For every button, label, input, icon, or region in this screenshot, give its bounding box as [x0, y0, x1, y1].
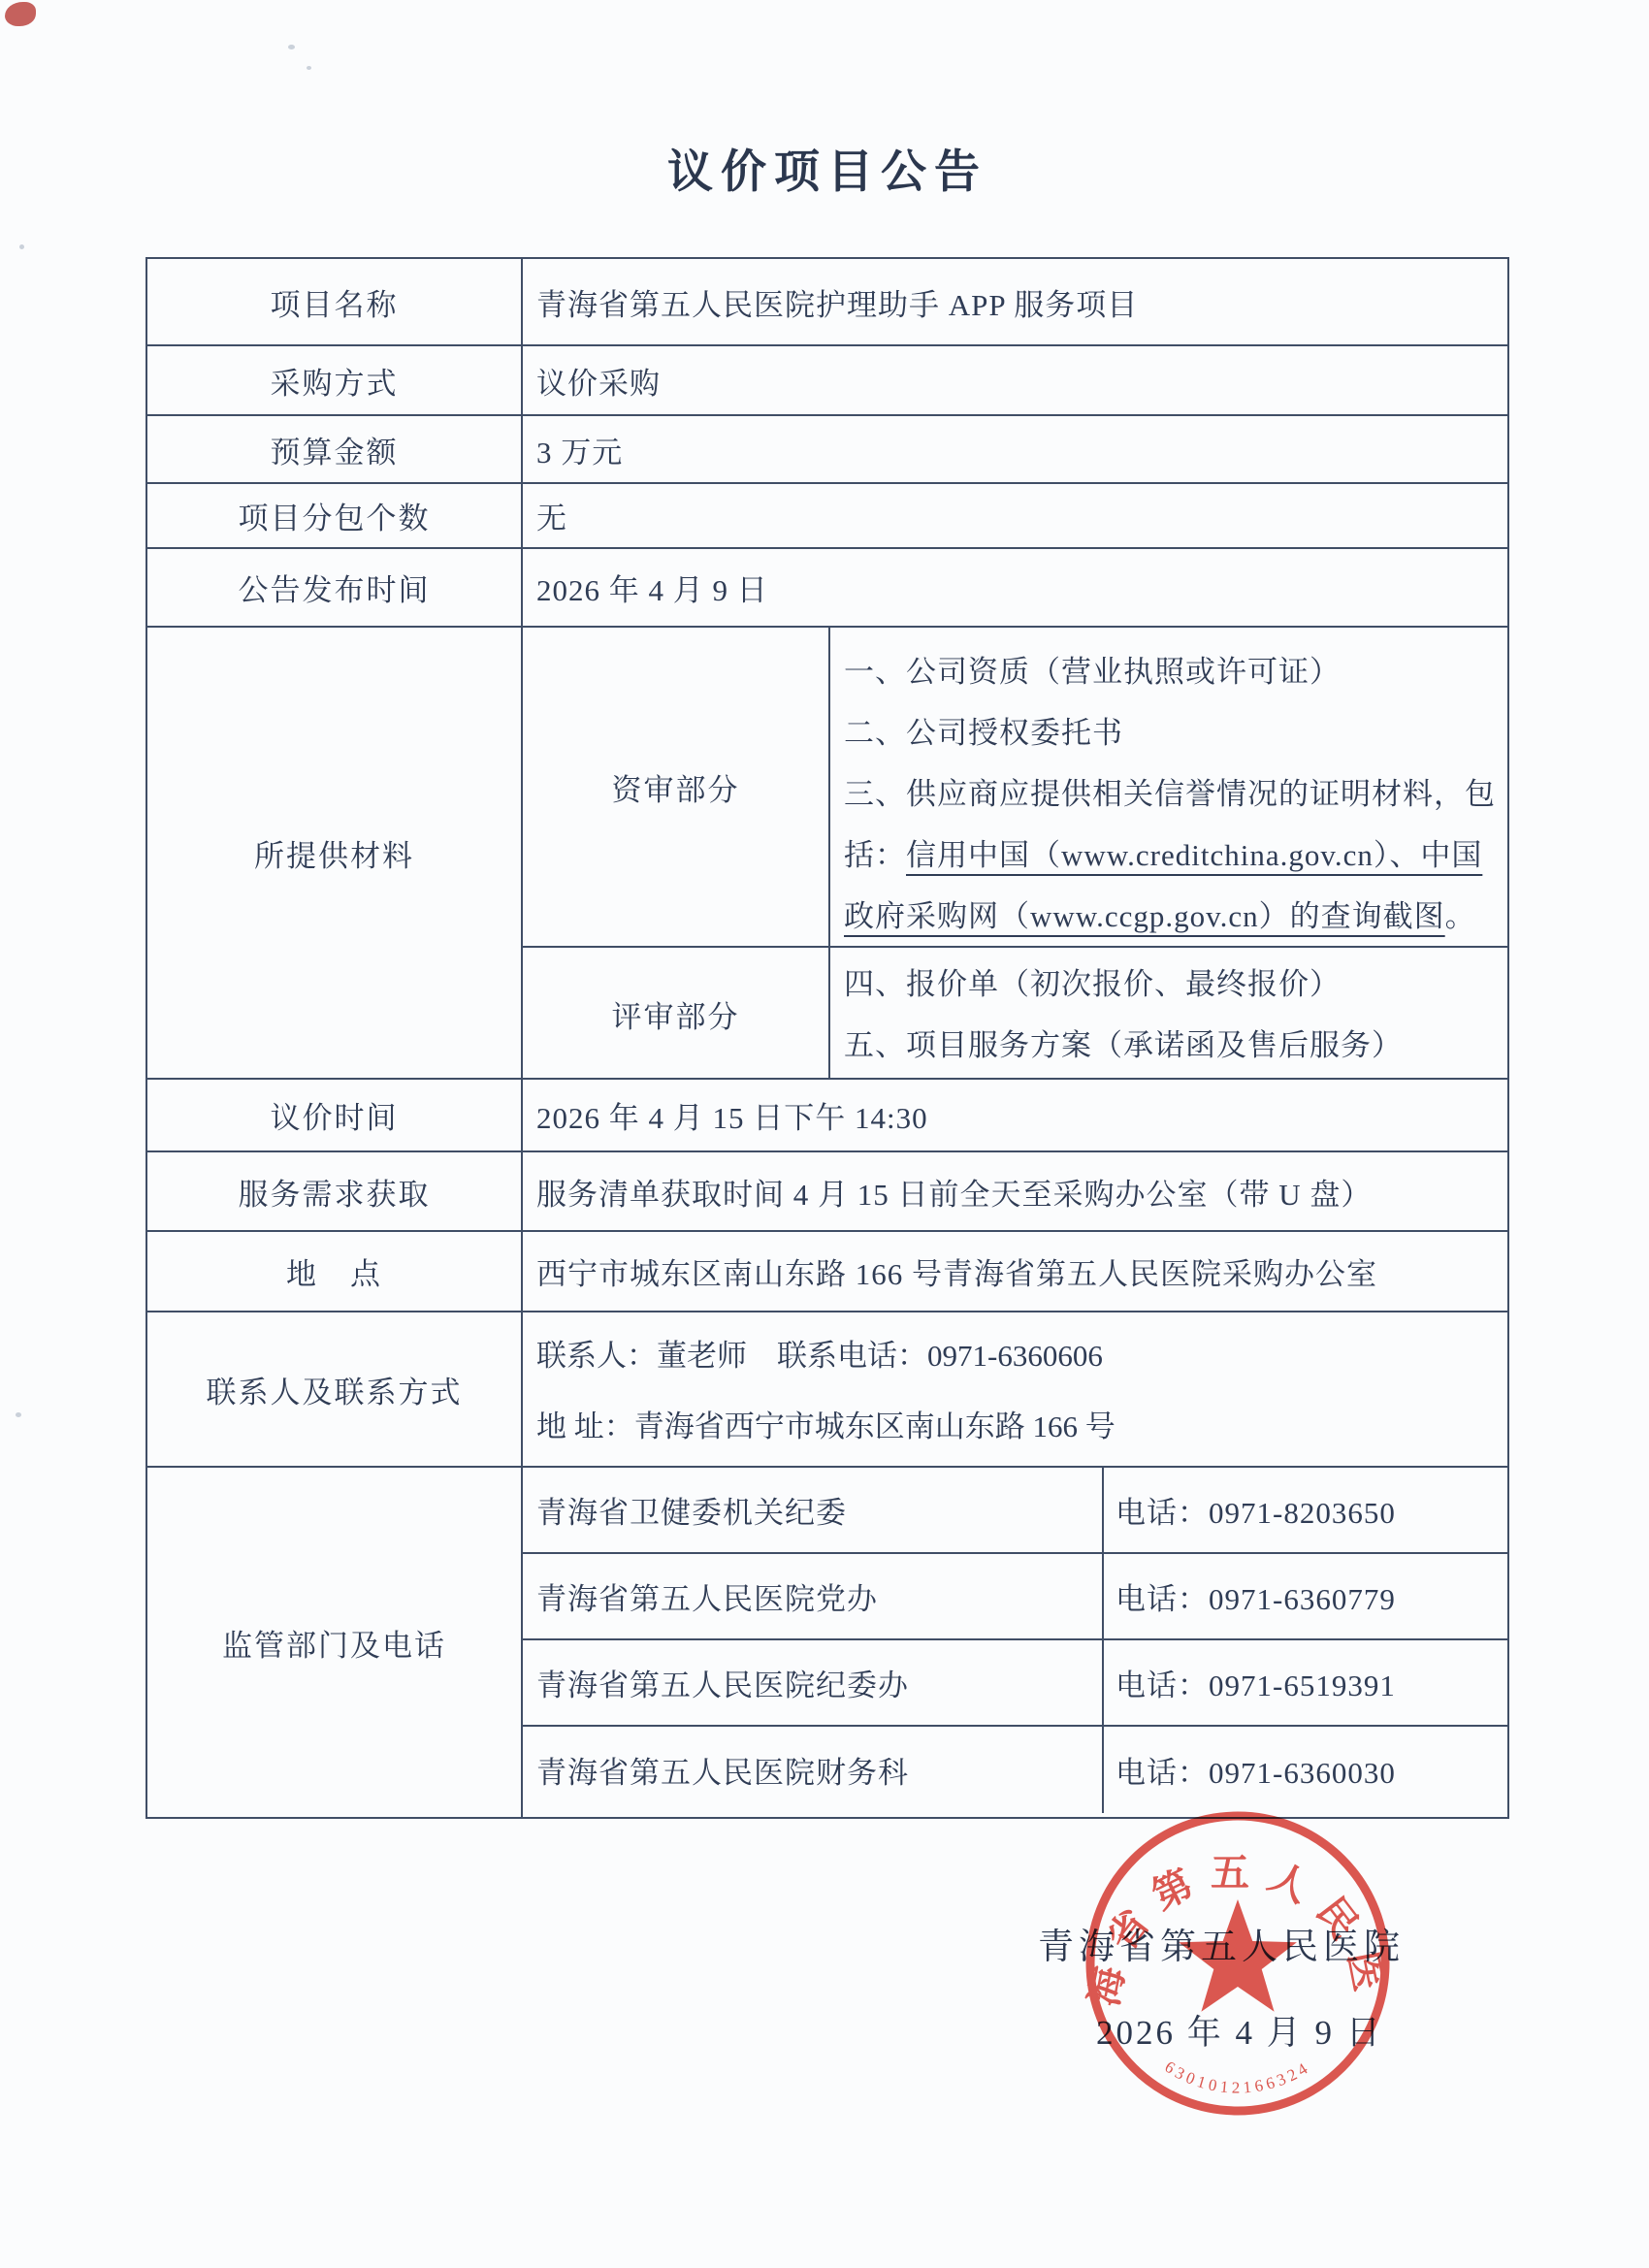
- page-title: 议价项目公告: [145, 136, 1509, 201]
- contact-person-line: 联系人：董老师 联系电话：0971-6360606: [536, 1320, 1498, 1391]
- qualification-item-3: 三、供应商应提供相关信誉情况的证明材料，包: [844, 763, 1498, 825]
- review-label: 评审部分: [523, 948, 830, 1080]
- table-row-supervision: 监管部门及电话 青海省卫健委机关纪委 电话：0971-8203650 青海省第五…: [147, 1468, 1507, 1817]
- supervision-row: 青海省卫健委机关纪委 电话：0971-8203650: [523, 1468, 1507, 1554]
- negotiation-time-value: 2026 年 4 月 15 日下午 14:30: [523, 1080, 1507, 1150]
- scan-speck: [19, 244, 24, 249]
- supervision-row: 青海省第五人民医院党办 电话：0971-6360779: [523, 1554, 1507, 1640]
- table-row: 项目名称 青海省第五人民医院护理助手 APP 服务项目: [147, 259, 1507, 346]
- supervision-org: 青海省第五人民医院纪委办: [523, 1640, 1104, 1725]
- scan-speck: [307, 66, 311, 70]
- review-item-5: 五、项目服务方案（承诺函及售后服务）: [844, 1015, 1498, 1076]
- review-item-4: 四、报价单（初次报价、最终报价）: [844, 954, 1498, 1015]
- service-requirements-value: 服务清单获取时间 4 月 15 日前全天至采购办公室（带 U 盘）: [523, 1152, 1507, 1230]
- seal-star-icon: [1179, 1899, 1297, 2012]
- location-value: 西宁市城东区南山东路 166 号青海省第五人民医院采购办公室: [523, 1232, 1507, 1311]
- row-label-service-requirements: 服务需求获取: [147, 1152, 523, 1230]
- contact-address-line: 地 址：青海省西宁市城东区南山东路 166 号: [536, 1391, 1498, 1462]
- official-seal-stamp: 青海省第五人民医院 6301012166324: [1075, 1800, 1401, 2126]
- supervision-row: 青海省第五人民医院纪委办 电话：0971-6519391: [523, 1640, 1507, 1727]
- supervision-org: 青海省卫健委机关纪委: [523, 1468, 1104, 1552]
- budget-value: 3 万元: [523, 416, 1507, 482]
- table-row: 议价时间 2026 年 4 月 15 日下午 14:30: [147, 1080, 1507, 1152]
- supervision-org: 青海省第五人民医院财务科: [523, 1727, 1104, 1813]
- row-label-project-name: 项目名称: [147, 259, 523, 344]
- seal-graphic: 青海省第五人民医院 6301012166324: [1075, 1800, 1401, 2126]
- table-row: 服务需求获取 服务清单获取时间 4 月 15 日前全天至采购办公室（带 U 盘）: [147, 1152, 1507, 1232]
- review-list: 四、报价单（初次报价、最终报价） 五、项目服务方案（承诺函及售后服务）: [830, 948, 1507, 1080]
- announce-date-value: 2026 年 4 月 9 日: [523, 549, 1507, 626]
- supervision-phone: 电话：0971-6360779: [1104, 1554, 1507, 1638]
- materials-subcolumn: 资审部分 一、公司资质（营业执照或许可证） 二、公司授权委托书 三、供应商应提供…: [523, 628, 1507, 1078]
- qualification-item-1: 一、公司资质（营业执照或许可证）: [844, 641, 1498, 702]
- qualification-list: 一、公司资质（营业执照或许可证） 二、公司授权委托书 三、供应商应提供相关信誉情…: [830, 628, 1507, 946]
- row-label-budget: 预算金额: [147, 416, 523, 482]
- procurement-method-value: 议价采购: [523, 346, 1507, 414]
- row-label-negotiation-time: 议价时间: [147, 1080, 523, 1150]
- qualification-label: 资审部分: [523, 628, 830, 946]
- line4-prefix: 括：: [844, 838, 906, 872]
- row-label-procurement-method: 采购方式: [147, 346, 523, 414]
- scan-speck: [16, 1412, 21, 1417]
- announcement-table: 项目名称 青海省第五人民医院护理助手 APP 服务项目 采购方式 议价采购 预算…: [145, 257, 1509, 1819]
- review-subrow: 评审部分 四、报价单（初次报价、最终报价） 五、项目服务方案（承诺函及售后服务）: [523, 948, 1507, 1080]
- table-row: 项目分包个数 无: [147, 484, 1507, 549]
- qualification-item-3-cont2: 政府采购网（www.ccgp.gov.cn）的查询截图。: [844, 886, 1498, 947]
- scan-ink-mark: [5, 2, 36, 26]
- supervision-phone: 电话：0971-8203650: [1104, 1468, 1507, 1552]
- creditchina-link-text: 信用中国（www.creditchina.gov.cn）、中国: [906, 838, 1482, 872]
- scan-speck: [288, 45, 295, 49]
- supervision-phone: 电话：0971-6519391: [1104, 1640, 1507, 1725]
- seal-code-text: 6301012166324: [1161, 2057, 1313, 2097]
- table-row: 公告发布时间 2026 年 4 月 9 日: [147, 549, 1507, 628]
- qualification-subrow: 资审部分 一、公司资质（营业执照或许可证） 二、公司授权委托书 三、供应商应提供…: [523, 628, 1507, 948]
- table-row: 采购方式 议价采购: [147, 346, 1507, 416]
- scanned-document-page: 议价项目公告 项目名称 青海省第五人民医院护理助手 APP 服务项目 采购方式 …: [0, 0, 1649, 2268]
- row-label-supervision: 监管部门及电话: [147, 1468, 523, 1817]
- contact-info: 联系人：董老师 联系电话：0971-6360606 地 址：青海省西宁市城东区南…: [523, 1312, 1507, 1466]
- table-row: 地 点 西宁市城东区南山东路 166 号青海省第五人民医院采购办公室: [147, 1232, 1507, 1312]
- table-row-contact: 联系人及联系方式 联系人：董老师 联系电话：0971-6360606 地 址：青…: [147, 1312, 1507, 1468]
- supervision-subcolumn: 青海省卫健委机关纪委 电话：0971-8203650 青海省第五人民医院党办 电…: [523, 1468, 1507, 1817]
- line5-suffix: 。: [1445, 899, 1476, 933]
- qualification-item-2: 二、公司授权委托书: [844, 702, 1498, 763]
- lots-value: 无: [523, 484, 1507, 547]
- row-label-announce-date: 公告发布时间: [147, 549, 523, 626]
- row-label-lots: 项目分包个数: [147, 484, 523, 547]
- ccgp-link-text: 政府采购网（www.ccgp.gov.cn）的查询截图: [844, 899, 1445, 933]
- row-label-materials: 所提供材料: [147, 628, 523, 1078]
- row-label-contact: 联系人及联系方式: [147, 1312, 523, 1466]
- row-label-location: 地 点: [147, 1232, 523, 1311]
- supervision-org: 青海省第五人民医院党办: [523, 1554, 1104, 1638]
- project-name-value: 青海省第五人民医院护理助手 APP 服务项目: [523, 259, 1507, 344]
- table-row: 预算金额 3 万元: [147, 416, 1507, 484]
- table-row-materials: 所提供材料 资审部分 一、公司资质（营业执照或许可证） 二、公司授权委托书 三、…: [147, 628, 1507, 1080]
- qualification-item-3-cont: 括：信用中国（www.creditchina.gov.cn）、中国: [844, 825, 1498, 886]
